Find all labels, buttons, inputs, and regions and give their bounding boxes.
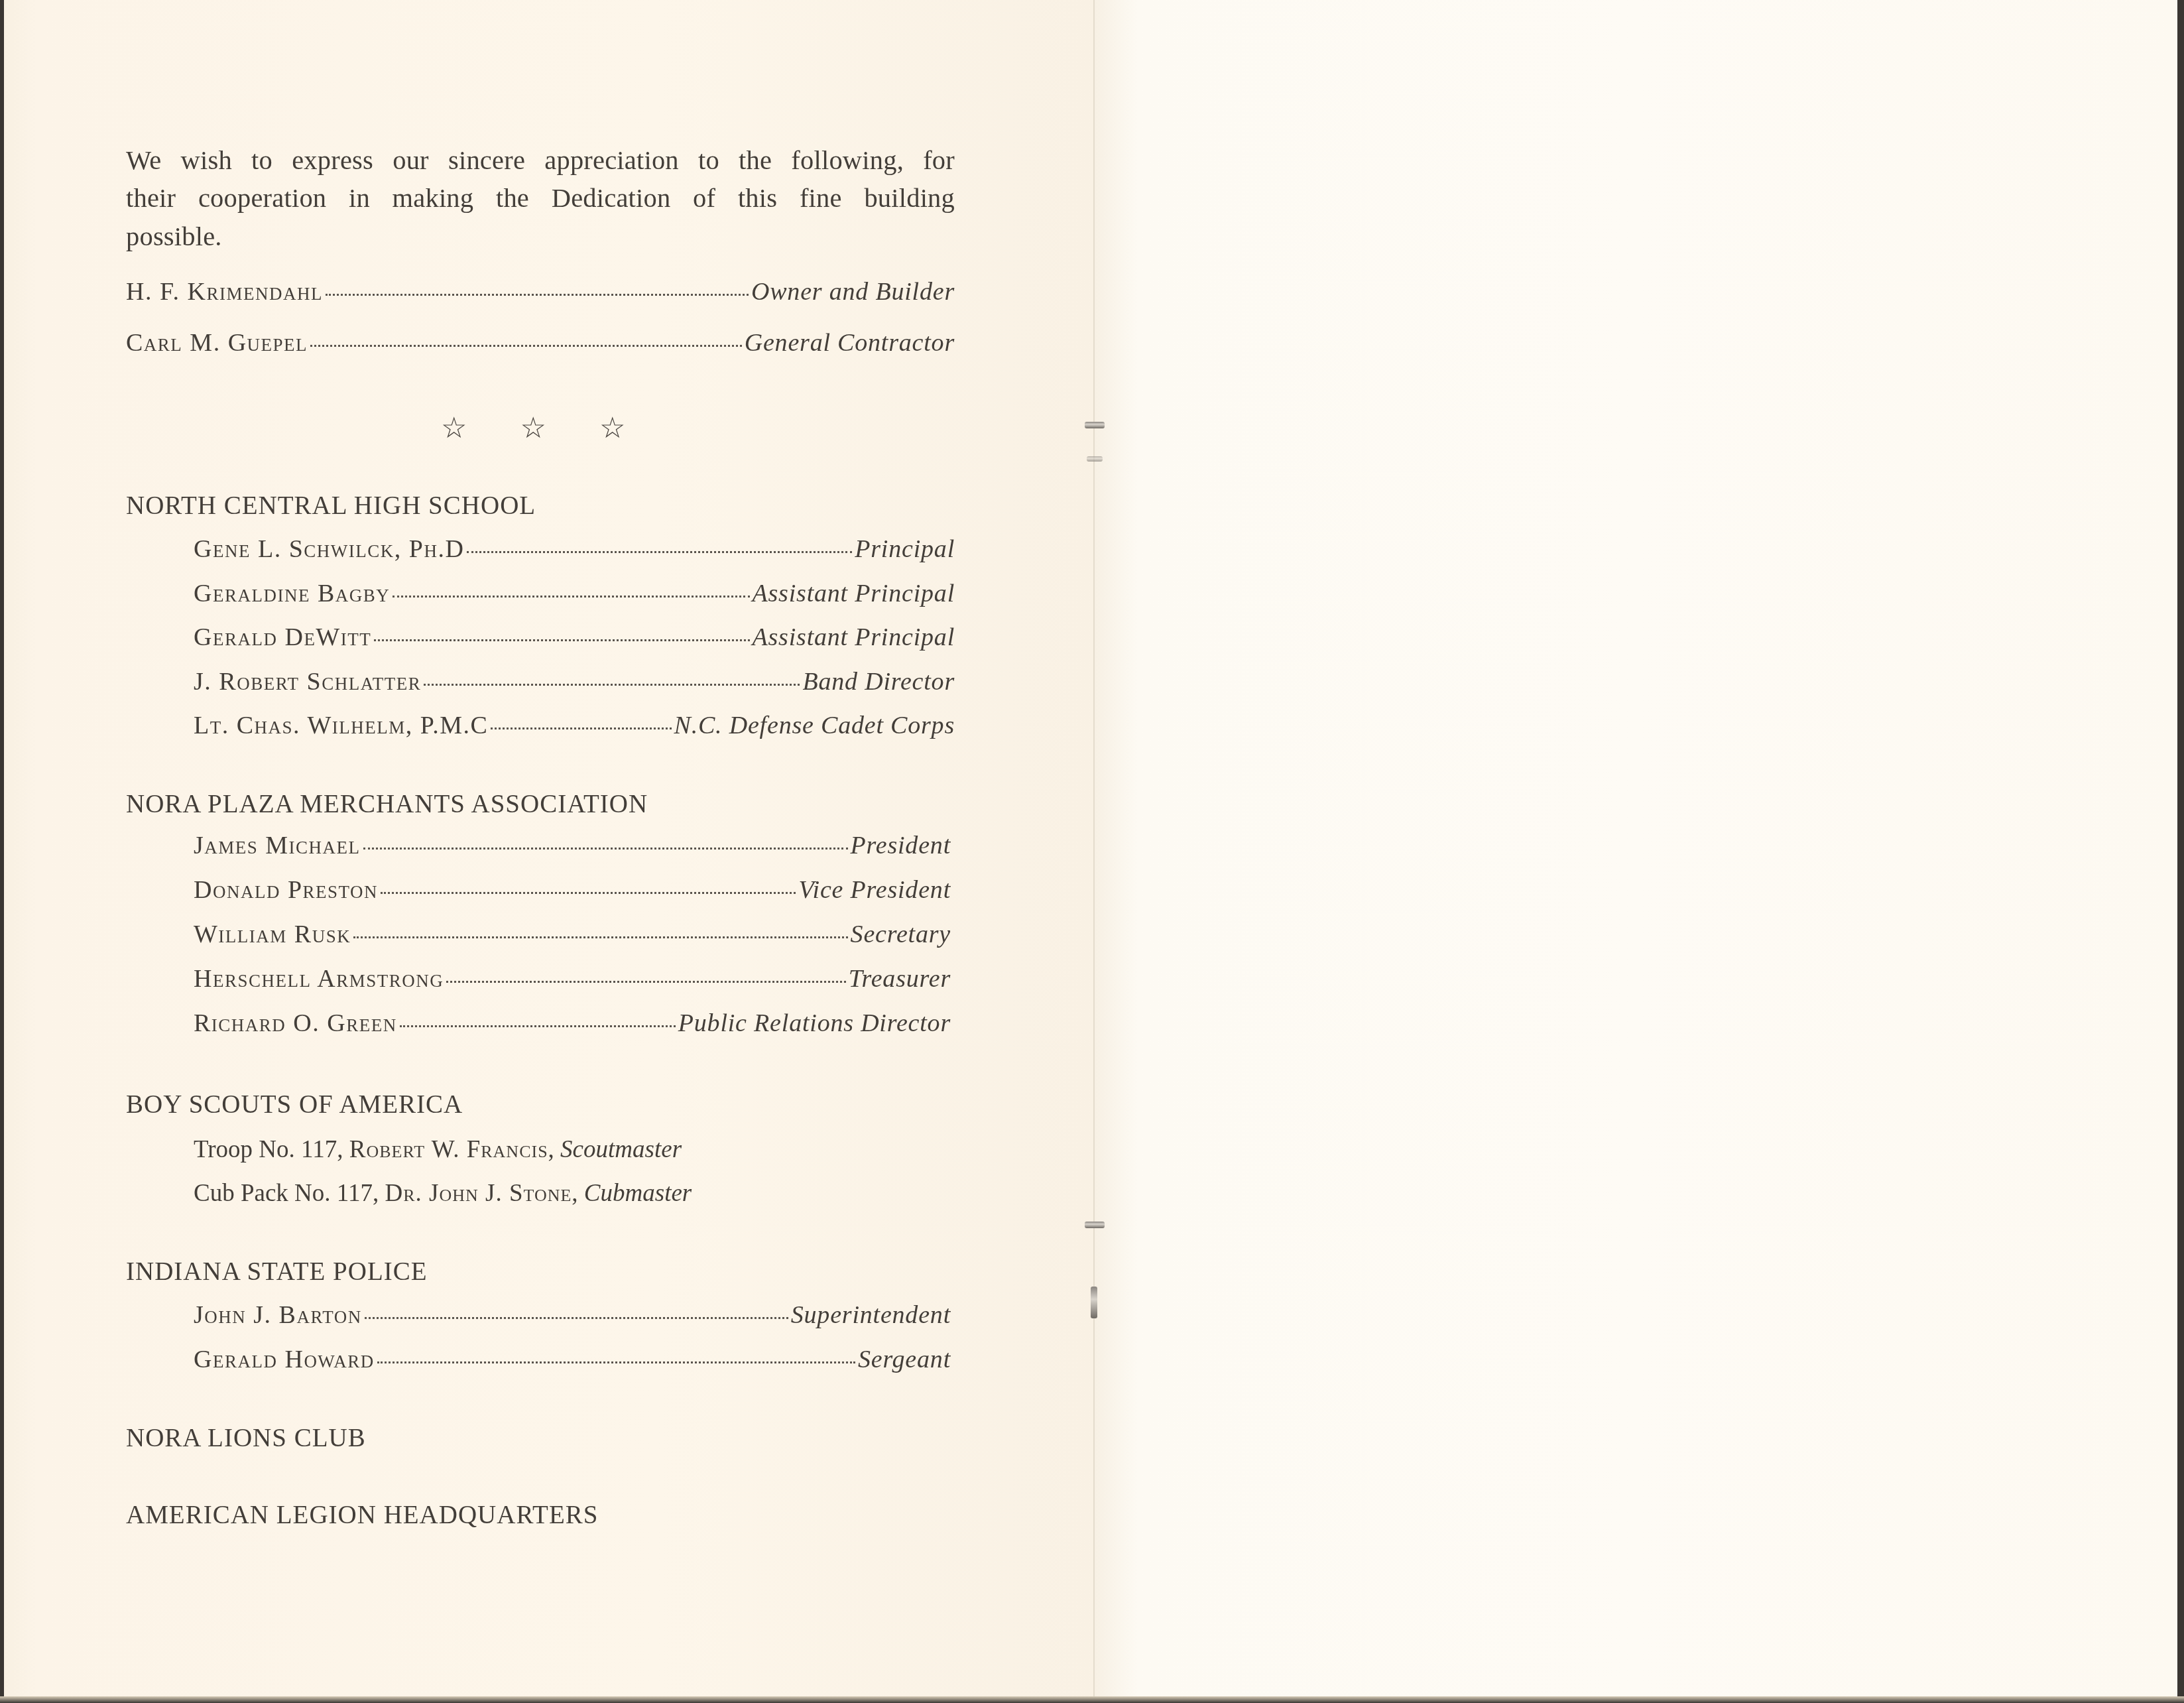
credit-role: General Contractor (745, 328, 955, 357)
scout-leader-name: Dr. John J. Stone (385, 1180, 572, 1207)
entry-role: N.C. Defense Cadet Corps (674, 711, 955, 740)
dot-leader (467, 551, 852, 553)
section-heading: NORA LIONS CLUB (126, 1423, 366, 1453)
entry-row: Gerald Howard Sergeant (194, 1345, 951, 1374)
entry-name: J. Robert Schlatter (194, 667, 421, 696)
scout-line: Troop No. 117, Robert W. Francis, Scoutm… (194, 1135, 682, 1164)
intro-line-3: possible. (126, 221, 222, 252)
entry-row: Gene L. Schwilck, Ph.D Principal (194, 535, 955, 564)
entry-role: Public Relations Director (678, 1009, 951, 1038)
right-page-blank (1095, 0, 2177, 1698)
dot-leader (424, 684, 800, 686)
dot-leader (393, 596, 749, 598)
entry-name: William Rusk (194, 920, 351, 949)
entry-role: President (851, 831, 951, 860)
dot-leader (491, 727, 671, 729)
credit-row: H. F. Krimendahl Owner and Builder (126, 277, 955, 306)
staple-top-lower (1087, 456, 1103, 462)
entry-row: James Michael President (194, 831, 951, 860)
entry-row: J. Robert Schlatter Band Director (194, 667, 955, 696)
credit-role: Owner and Builder (751, 277, 955, 306)
dot-leader (381, 892, 796, 894)
entry-name: Lt. Chas. Wilhelm, P.M.C (194, 711, 488, 740)
section-heading: INDIANA STATE POLICE (126, 1257, 428, 1287)
entry-name: Gerald DeWitt (194, 623, 371, 652)
entry-role: Secretary (851, 920, 951, 949)
star-outline-icon: ☆ (441, 411, 467, 445)
dot-leader (446, 981, 845, 983)
entry-row: John J. Barton Superintendent (194, 1300, 951, 1330)
entry-row: Richard O. Green Public Relations Direct… (194, 1009, 951, 1038)
dot-leader (363, 848, 848, 850)
entry-role: Sergeant (858, 1345, 951, 1374)
entry-name: Geraldine Bagby (194, 579, 390, 608)
troop-label: Troop No. 117, (194, 1136, 349, 1163)
entry-name: Gerald Howard (194, 1345, 375, 1374)
section-heading: NORTH CENTRAL HIGH SCHOOL (126, 491, 536, 521)
entry-row: William Rusk Secretary (194, 920, 951, 949)
entry-name: James Michael (194, 831, 361, 860)
section-heading: AMERICAN LEGION HEADQUARTERS (126, 1500, 598, 1530)
entry-role: Band Director (802, 667, 955, 696)
star-outline-icon: ☆ (520, 411, 546, 445)
entry-role: Superintendent (791, 1300, 951, 1330)
separator: , (548, 1136, 561, 1163)
star-outline-icon: ☆ (599, 411, 625, 445)
dot-leader (326, 294, 749, 296)
scout-line: Cub Pack No. 117, Dr. John J. Stone, Cub… (194, 1179, 692, 1208)
dot-leader (310, 345, 742, 347)
dot-leader (374, 639, 749, 641)
scout-role: Scoutmaster (560, 1136, 682, 1163)
credit-row: Carl M. Guepel General Contractor (126, 328, 955, 357)
entry-row: Geraldine Bagby Assistant Principal (194, 579, 955, 608)
section-heading: NORA PLAZA MERCHANTS ASSOCIATION (126, 789, 648, 819)
credit-name: Carl M. Guepel (126, 328, 308, 357)
intro-line-1: We wish to express our sincere appreciat… (126, 145, 955, 176)
dot-leader (365, 1317, 788, 1319)
staple-bottom-leg (1091, 1287, 1097, 1318)
entry-name: Gene L. Schwilck, Ph.D (194, 535, 464, 564)
entry-name: John J. Barton (194, 1300, 362, 1330)
center-fold (1093, 0, 1095, 1698)
separator: , (572, 1180, 584, 1207)
section-heading: BOY SCOUTS OF AMERICA (126, 1090, 463, 1119)
entry-row: Lt. Chas. Wilhelm, P.M.C N.C. Defense Ca… (194, 711, 955, 740)
staple-bottom (1085, 1222, 1105, 1228)
star-divider: ☆ ☆ ☆ (441, 411, 625, 445)
entry-role: Assistant Principal (753, 623, 955, 652)
dot-leader (377, 1361, 855, 1363)
dot-leader (353, 936, 847, 938)
staple-top (1085, 422, 1105, 428)
entry-role: Vice President (798, 875, 951, 905)
entry-role: Treasurer (849, 964, 951, 993)
credit-name: H. F. Krimendahl (126, 277, 323, 306)
entry-name: Richard O. Green (194, 1009, 397, 1038)
entry-row: Donald Preston Vice President (194, 875, 951, 905)
intro-line-2: their cooperation in making the Dedicati… (126, 182, 955, 214)
dot-leader (400, 1025, 676, 1027)
scout-leader-name: Robert W. Francis (349, 1136, 548, 1163)
entry-row: Gerald DeWitt Assistant Principal (194, 623, 955, 652)
pack-label: Cub Pack No. 117, (194, 1180, 385, 1207)
entry-role: Principal (855, 535, 955, 564)
entry-name: Donald Preston (194, 875, 378, 905)
entry-name: Herschell Armstrong (194, 964, 444, 993)
entry-row: Herschell Armstrong Treasurer (194, 964, 951, 993)
page-bottom-edge (0, 1696, 2184, 1703)
entry-role: Assistant Principal (753, 579, 955, 608)
scout-role: Cubmaster (584, 1180, 692, 1207)
